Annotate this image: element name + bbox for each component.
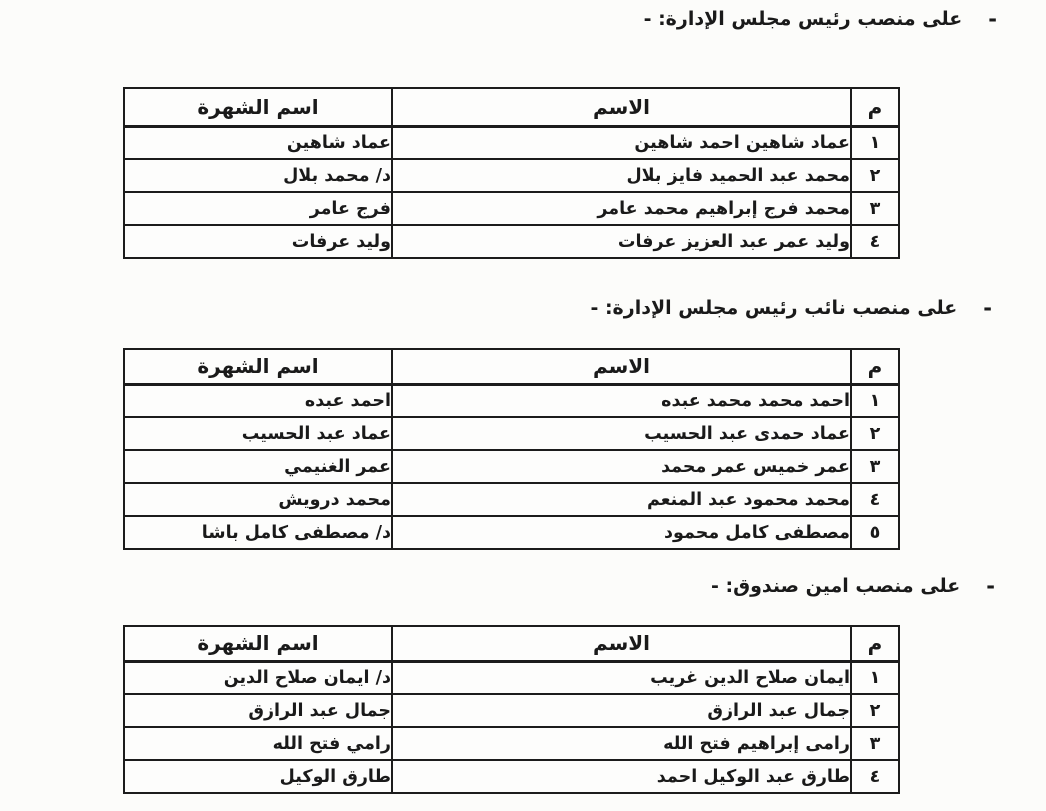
candidate-name: محمد محمود عبد المنعم [392, 483, 851, 516]
table-row: ٥ مصطفى كامل محمود د/ مصطفى كامل باشا [124, 516, 899, 549]
fame-name: عماد عبد الحسيب [124, 417, 392, 450]
dash-bullet: - [988, 7, 997, 31]
section-heading-text: على منصب نائب رئيس مجلس الإدارة: - [590, 297, 957, 319]
table-row: ١ ايمان صلاح الدين غريب د/ ايمان صلاح ال… [124, 661, 899, 694]
document-page: - على منصب رئيس مجلس الإدارة: - م الاسم … [0, 0, 1046, 811]
section-heading-text: على منصب رئيس مجلس الإدارة: - [644, 8, 963, 30]
dash-bullet: - [983, 296, 992, 320]
fame-name: وليد عرفات [124, 225, 392, 258]
table-row: ٣ محمد فرج إبراهيم محمد عامر فرج عامر [124, 192, 899, 225]
table-row: ٢ جمال عبد الرازق جمال عبد الرازق [124, 694, 899, 727]
section-heading-chairman: - على منصب رئيس مجلس الإدارة: - [644, 7, 997, 31]
section-heading-treasurer: - على منصب امين صندوق: - [711, 574, 995, 598]
fame-name: احمد عبده [124, 384, 392, 417]
row-number: ٤ [851, 760, 899, 793]
col-header-num: م [851, 349, 899, 384]
table-row: ٢ محمد عبد الحميد فايز بلال د/ محمد بلال [124, 159, 899, 192]
fame-name: رامي فتح الله [124, 727, 392, 760]
row-number: ٤ [851, 483, 899, 516]
candidate-name: محمد عبد الحميد فايز بلال [392, 159, 851, 192]
fame-name: عمر الغنيمي [124, 450, 392, 483]
candidate-name: وليد عمر عبد العزيز عرفات [392, 225, 851, 258]
fame-name: جمال عبد الرازق [124, 694, 392, 727]
col-header-num: م [851, 626, 899, 661]
chairman-table: م الاسم اسم الشهرة ١ عماد شاهين احمد شاه… [123, 87, 900, 259]
fame-name: محمد درويش [124, 483, 392, 516]
row-number: ١ [851, 661, 899, 694]
row-number: ٢ [851, 417, 899, 450]
table-row: ٤ وليد عمر عبد العزيز عرفات وليد عرفات [124, 225, 899, 258]
col-header-name: الاسم [392, 88, 851, 126]
table-row: ٣ رامى إبراهيم فتح الله رامي فتح الله [124, 727, 899, 760]
candidate-name: محمد فرج إبراهيم محمد عامر [392, 192, 851, 225]
section-heading-vice-chairman: - على منصب نائب رئيس مجلس الإدارة: - [590, 296, 992, 320]
candidate-name: مصطفى كامل محمود [392, 516, 851, 549]
candidate-name: رامى إبراهيم فتح الله [392, 727, 851, 760]
col-header-fame: اسم الشهرة [124, 88, 392, 126]
fame-name: فرج عامر [124, 192, 392, 225]
candidate-name: احمد محمد محمد عبده [392, 384, 851, 417]
table-header-row: م الاسم اسم الشهرة [124, 349, 899, 384]
dash-bullet: - [986, 574, 995, 598]
col-header-num: م [851, 88, 899, 126]
row-number: ٣ [851, 192, 899, 225]
row-number: ١ [851, 384, 899, 417]
row-number: ٥ [851, 516, 899, 549]
candidate-name: جمال عبد الرازق [392, 694, 851, 727]
table-header-row: م الاسم اسم الشهرة [124, 88, 899, 126]
col-header-name: الاسم [392, 349, 851, 384]
fame-name: د/ مصطفى كامل باشا [124, 516, 392, 549]
row-number: ٢ [851, 159, 899, 192]
table-row: ١ عماد شاهين احمد شاهين عماد شاهين [124, 126, 899, 159]
table-row: ٤ طارق عبد الوكيل احمد طارق الوكيل [124, 760, 899, 793]
row-number: ٢ [851, 694, 899, 727]
table-row: ٢ عماد حمدى عبد الحسيب عماد عبد الحسيب [124, 417, 899, 450]
candidate-name: طارق عبد الوكيل احمد [392, 760, 851, 793]
section-heading-text: على منصب امين صندوق: - [711, 575, 960, 597]
table-row: ١ احمد محمد محمد عبده احمد عبده [124, 384, 899, 417]
candidate-name: عماد حمدى عبد الحسيب [392, 417, 851, 450]
fame-name: طارق الوكيل [124, 760, 392, 793]
col-header-fame: اسم الشهرة [124, 626, 392, 661]
table-row: ٤ محمد محمود عبد المنعم محمد درويش [124, 483, 899, 516]
row-number: ٣ [851, 727, 899, 760]
row-number: ٤ [851, 225, 899, 258]
candidate-name: عمر خميس عمر محمد [392, 450, 851, 483]
candidate-name: ايمان صلاح الدين غريب [392, 661, 851, 694]
fame-name: عماد شاهين [124, 126, 392, 159]
vice-chairman-table: م الاسم اسم الشهرة ١ احمد محمد محمد عبده… [123, 348, 900, 550]
row-number: ٣ [851, 450, 899, 483]
row-number: ١ [851, 126, 899, 159]
table-row: ٣ عمر خميس عمر محمد عمر الغنيمي [124, 450, 899, 483]
candidate-name: عماد شاهين احمد شاهين [392, 126, 851, 159]
col-header-fame: اسم الشهرة [124, 349, 392, 384]
fame-name: د/ ايمان صلاح الدين [124, 661, 392, 694]
treasurer-table: م الاسم اسم الشهرة ١ ايمان صلاح الدين غر… [123, 625, 900, 794]
fame-name: د/ محمد بلال [124, 159, 392, 192]
col-header-name: الاسم [392, 626, 851, 661]
table-header-row: م الاسم اسم الشهرة [124, 626, 899, 661]
